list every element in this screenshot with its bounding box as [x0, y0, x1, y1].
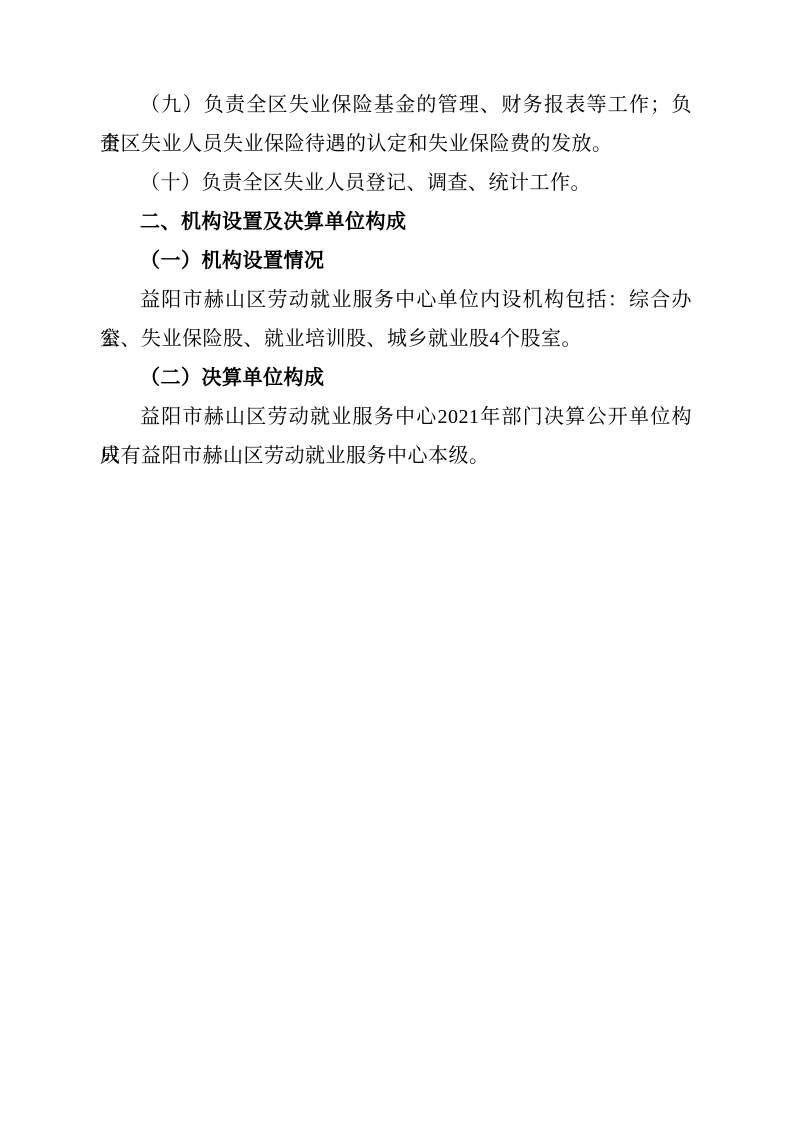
subsection-heading: （一）机构设置情况 — [100, 242, 692, 281]
paragraph-line: 室、失业保险股、就业培训股、城乡就业股4个股室。 — [100, 320, 692, 359]
document-text-block: （九）负责全区失业保险基金的管理、财务报表等工作；负责 全区失业人员失业保险待遇… — [100, 86, 692, 476]
paragraph-line: 只有益阳市赫山区劳动就业服务中心本级。 — [100, 437, 692, 476]
paragraph-line: 益阳市赫山区劳动就业服务中心2021年部门决算公开单位构成 — [100, 398, 692, 437]
paragraph-line: （九）负责全区失业保险基金的管理、财务报表等工作；负责 — [100, 86, 692, 125]
section-heading: 二、机构设置及决算单位构成 — [100, 203, 692, 242]
paragraph-line: （十）负责全区失业人员登记、调查、统计工作。 — [100, 164, 692, 203]
paragraph-line: 益阳市赫山区劳动就业服务中心单位内设机构包括：综合办公 — [100, 281, 692, 320]
document-page: （九）负责全区失业保险基金的管理、财务报表等工作；负责 全区失业人员失业保险待遇… — [0, 0, 793, 1122]
subsection-heading: （二）决算单位构成 — [100, 359, 692, 398]
paragraph-line: 全区失业人员失业保险待遇的认定和失业保险费的发放。 — [100, 125, 692, 164]
